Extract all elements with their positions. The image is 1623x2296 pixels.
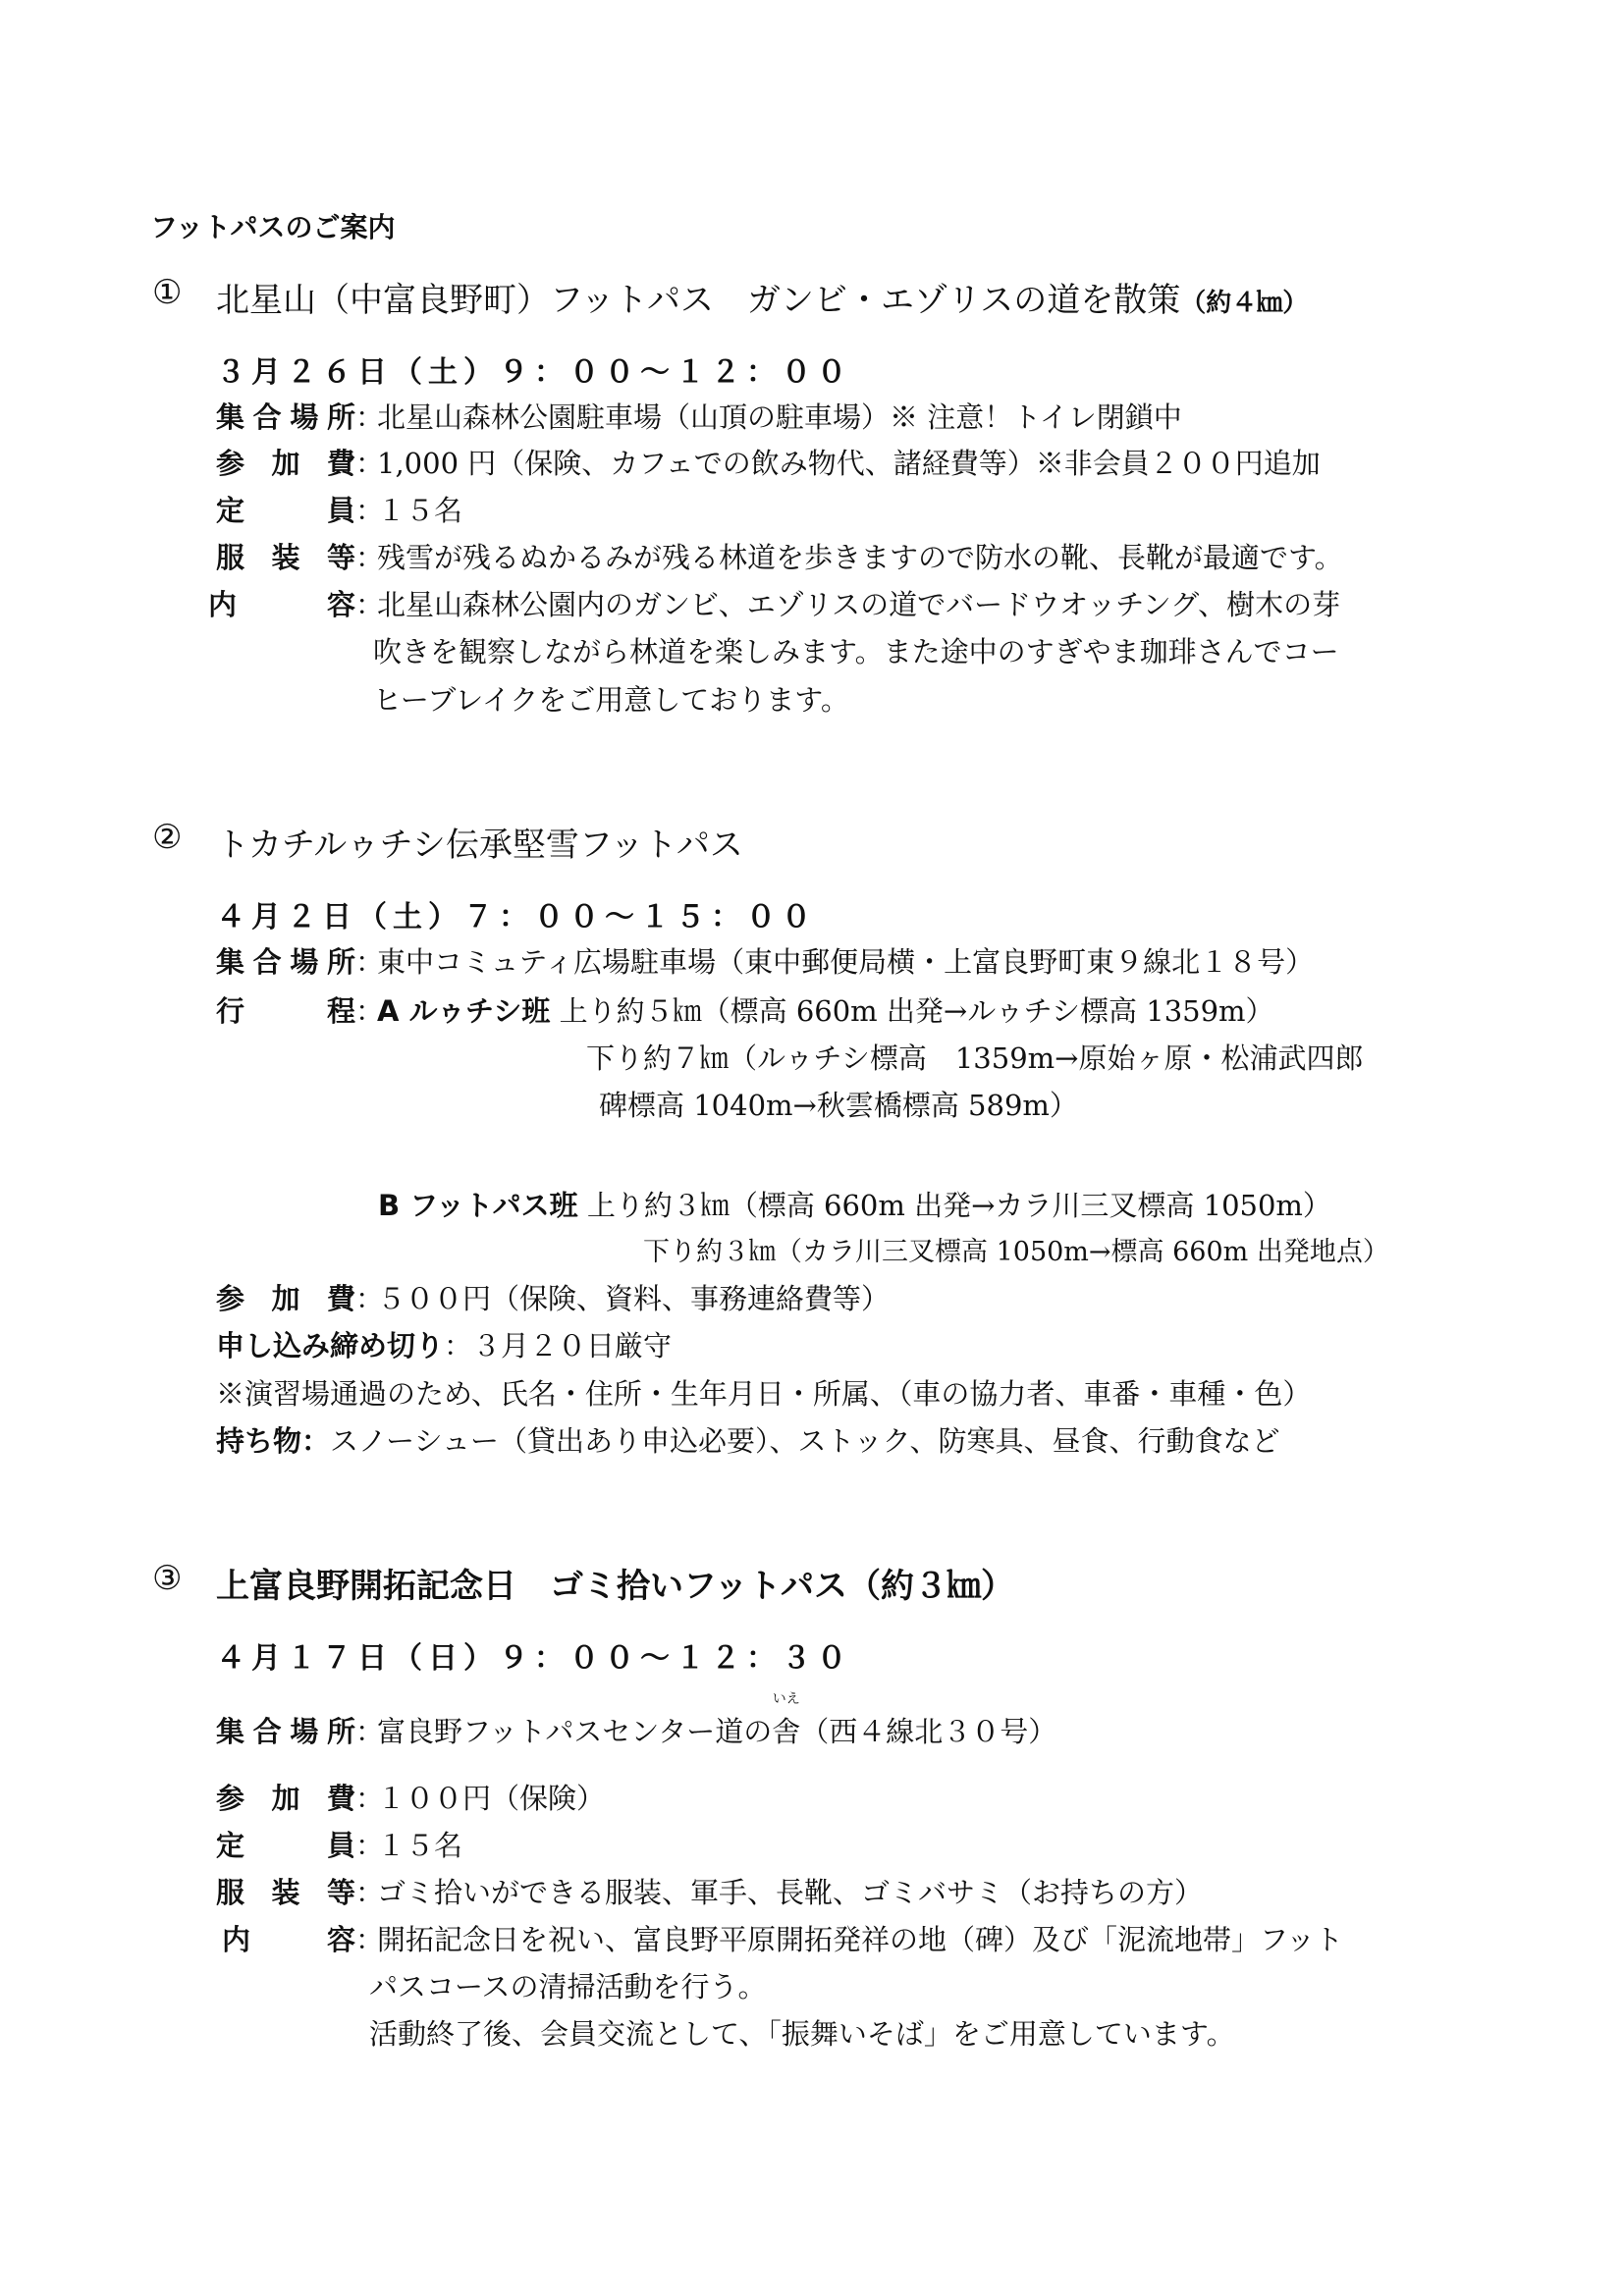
section-1-title: 北星山（中富良野町）フットパス ガンビ・エゾリスの道を散策 [216,281,1180,320]
section-3-row-meeting-place: 集合場所：富良野フットパスセンター道の舎いえ（西４線北３０号） [216,1712,1056,1751]
row-colon: ： [355,1873,377,1912]
group-a-up: 上り約５㎞（標高 660m 出発→ルゥチシ標高 1359m） [560,994,1274,1028]
section-1-row-meeting-place: 集合場所：北星山森林公園駐車場（山頂の駐車場）※ 注意！トイレ閉鎖中 [216,398,1182,437]
row-value: １５名 [377,1829,462,1862]
section-3-title: 上富良野開拓記念日 ゴミ拾いフットパス（約３㎞） [216,1559,1014,1607]
row-value: 開拓記念日を祝い、富良野平原開拓発祥の地（碑）及び「泥流地帯」フット [377,1923,1343,1956]
row-colon: ： [355,1279,377,1318]
row-value: スノーシュー（貸出あり申込必要）、ストック、防寒具、昼食、行動食など [330,1424,1279,1458]
section-3-content-cont-1: パスコースの清掃活動を行う。 [369,1967,767,2006]
group-a-down: 下り約７㎞（ルゥチシ標高 1359m→原始ヶ原・松浦武四郎 [586,1039,1363,1078]
row-label: 定員 [216,1826,355,1865]
group-b-line: B フットパス班 上り約３㎞（標高 660m 出発→カラ川三叉標高 1050m） [378,1186,1331,1225]
section-2-row-meeting-place: 集合場所：東中コミュティ広場駐車場（東中郵便局横・上富良野町東９線北１８号） [216,942,1314,982]
row-value: ゴミ拾いができる服装、軍手、長靴、ゴミバサミ（お持ちの方） [377,1876,1203,1909]
section-1-row-content: 内容：北星山森林公園内のガンビ、エゾリスの道でバードウオッチング、樹木の芽 [208,585,1340,624]
row-value: 1,000 円（保険、カフェでの飲み物代、諸経費等）※非会員２００円追加 [377,447,1321,480]
row-label: 服装等 [216,538,355,577]
group-b-name: B フットパス班 [378,1189,578,1222]
row-value: 残雪が残るぬかるみが残る林道を歩きますので防水の靴、長靴が最適です。 [377,541,1343,574]
section-1-date: ３月２６日（土）９：００～１２：００ [216,347,852,391]
section-1-distance: （約４㎞） [1180,289,1308,318]
section-3-number: ③ [152,1559,182,1598]
row-value: １００円（保険） [377,1782,605,1815]
row-label: 内容 [222,1920,355,1959]
section-1-header: ① 北星山（中富良野町）フットパス ガンビ・エゾリスの道を散策（約４㎞） [152,273,1527,317]
row-value: 北星山森林公園内のガンビ、エゾリスの道でバードウオッチング、樹木の芽 [377,588,1340,621]
section-1-title-wrap: 北星山（中富良野町）フットパス ガンビ・エゾリスの道を散策（約４㎞） [216,273,1308,321]
section-3-row-clothing: 服装等：ゴミ拾いができる服装、軍手、長靴、ゴミバサミ（お持ちの方） [216,1873,1203,1912]
row-label: 内容 [208,585,355,624]
group-a-name: A ルゥチシ班 [377,994,550,1028]
row-colon: ： [355,1920,377,1959]
section-3-content-cont-2: 活動終了後、会員交流として、「振舞いそば」をご用意しています。 [369,2014,1235,2054]
section-1-number: ① [152,273,182,312]
ruby-base: 舎 [772,1715,800,1748]
row-label: 参加費 [216,1779,355,1818]
row-label: 参加費 [216,444,355,483]
row-label: 集合場所 [216,398,355,437]
row-label: 申し込み締め切り [216,1326,444,1365]
section-2-note: ※演習場通過のため、氏名・住所・生年月日・所属、（車の協力者、車番・車種・色） [216,1374,1311,1414]
group-a-down-cont: 碑標高 1040m→秋雲橋標高 589m） [599,1086,1078,1125]
row-colon: ： [301,1424,330,1458]
section-1-content-cont-2: ヒーブレイクをご用意しております。 [373,680,849,720]
row-value: ３月２０日厳守 [472,1329,672,1362]
section-1-row-clothing: 服装等：残雪が残るぬかるみが残る林道を歩きますので防水の靴、長靴が最適です。 [216,538,1343,577]
section-2-row-itinerary: 行程：A ルゥチシ班 上り約５㎞（標高 660m 出発→ルゥチシ標高 1359m… [216,991,1274,1031]
row-colon: ： [355,538,377,577]
row-colon: ： [444,1329,472,1362]
section-3-row-capacity: 定員：１５名 [216,1826,462,1865]
section-1-content-cont-1: 吹きを観察しながら林道を楽しみます。また途中のすぎやま珈琲さんでコー [373,632,1339,671]
row-colon: ： [355,942,377,982]
section-2-date: ４月２日（土）７：００～１５：００ [216,892,817,935]
row-value-before: 富良野フットパスセンター道の [377,1715,772,1748]
row-label: 参加費 [216,1279,355,1318]
row-label: 持ち物 [216,1421,301,1461]
row-value: ５００円（保険、資料、事務連絡費等） [377,1282,890,1315]
section-3-date: ４月１７日（日）９：００～１２：３０ [216,1633,852,1677]
row-label: 集合場所 [216,942,355,982]
row-colon: ： [355,491,377,530]
row-colon: ： [355,1712,377,1751]
row-value: 東中コミュティ広場駐車場（東中郵便局横・上富良野町東９線北１８号） [377,945,1314,979]
row-label: 服装等 [216,1873,355,1912]
section-2-title: トカチルゥチシ伝承堅雪フットパス [216,818,743,866]
section-3-row-content: 内容：開拓記念日を祝い、富良野平原開拓発祥の地（碑）及び「泥流地帯」フット [222,1920,1343,1959]
row-label: 行程 [216,991,355,1031]
section-1-row-capacity: 定員：１５名 [216,491,462,530]
row-value: 北星山森林公園駐車場（山頂の駐車場）※ 注意！トイレ閉鎖中 [377,400,1182,434]
section-2-row-deadline: 申し込み締め切り：３月２０日厳守 [216,1326,672,1365]
row-value: １５名 [377,494,462,527]
row-colon: ： [355,398,377,437]
section-2-header: ② トカチルゥチシ伝承堅雪フットパス [152,818,1527,862]
section-3-header: ③ 上富良野開拓記念日 ゴミ拾いフットパス（約３㎞） [152,1559,1527,1603]
row-label: 定員 [216,491,355,530]
row-colon: ： [355,585,377,624]
section-2-row-belongings: 持ち物：スノーシュー（貸出あり申込必要）、ストック、防寒具、昼食、行動食など [216,1421,1279,1461]
section-1-row-fee: 参加費：1,000 円（保険、カフェでの飲み物代、諸経費等）※非会員２００円追加 [216,444,1321,483]
row-value-after: （西４線北３０号） [800,1715,1056,1748]
document-title: フットパスのご案内 [150,206,395,245]
row-label: 集合場所 [216,1712,355,1751]
row-colon: ： [355,444,377,483]
section-2-row-fee: 参加費：５００円（保険、資料、事務連絡費等） [216,1279,890,1318]
row-colon: ： [355,1826,377,1865]
row-colon: ： [355,1779,377,1818]
ruby-word: 舎いえ [772,1712,800,1751]
section-2-number: ② [152,818,182,857]
ruby-reading: いえ [773,1692,800,1706]
group-b-down: 下り約３㎞（カラ川三叉標高 1050m→標高 660m 出発地点） [643,1233,1389,1272]
row-colon: ： [355,991,377,1031]
group-b-up: 上り約３㎞（標高 660m 出発→カラ川三叉標高 1050m） [587,1189,1331,1222]
section-3-row-fee: 参加費：１００円（保険） [216,1779,605,1818]
